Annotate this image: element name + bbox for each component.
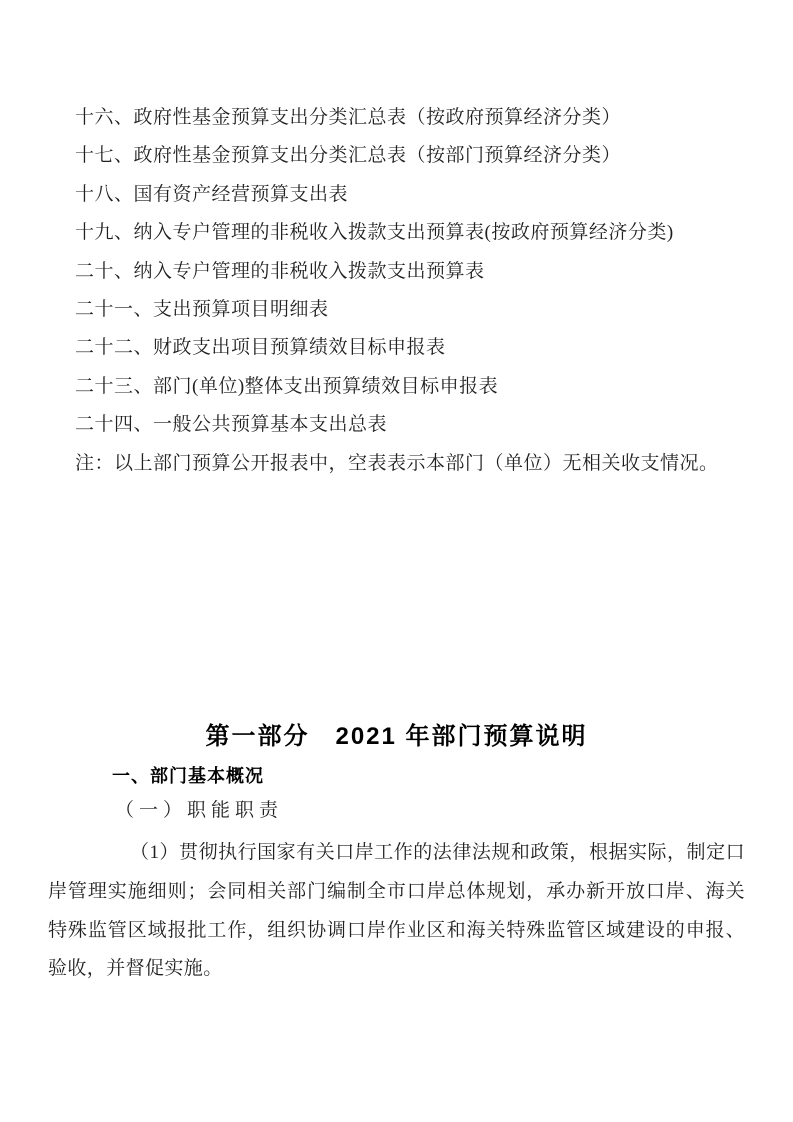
toc-item: 十六、政府性基金预算支出分类汇总表（按政府预算经济分类） — [75, 99, 753, 137]
toc-list: 十六、政府性基金预算支出分类汇总表（按政府预算经济分类） 十七、政府性基金预算支… — [75, 99, 753, 483]
toc-item: 二十四、一般公共预算基本支出总表 — [75, 406, 753, 444]
subsection-heading-duties: （一）职能职责 — [115, 800, 283, 822]
document-page: 十六、政府性基金预算支出分类汇总表（按政府预算经济分类） 十七、政府性基金预算支… — [0, 0, 793, 1122]
toc-item: 十七、政府性基金预算支出分类汇总表（按部门预算经济分类） — [75, 137, 753, 175]
section-heading-basic-overview: 一、部门基本概况 — [112, 766, 264, 786]
part-title: 第一部分2021 年部门预算说明 — [0, 722, 793, 752]
toc-note: 注：以上部门预算公开报表中，空表表示本部门（单位）无相关收支情况。 — [75, 445, 753, 483]
toc-item: 十八、国有资产经营预算支出表 — [75, 176, 753, 214]
duties-paragraph: （1）贯彻执行国家有关口岸工作的法律法规和政策，根据实际，制定口岸管理实施细则；… — [48, 834, 745, 989]
toc-item: 二十二、财政支出项目预算绩效目标申报表 — [75, 329, 753, 367]
toc-item: 二十、纳入专户管理的非税收入拨款支出预算表 — [75, 253, 753, 291]
toc-item: 十九、纳入专户管理的非税收入拨款支出预算表(按政府预算经济分类) — [75, 214, 753, 252]
toc-item: 二十三、部门(单位)整体支出预算绩效目标申报表 — [75, 368, 753, 406]
part-title-label: 第一部分 — [205, 723, 309, 750]
part-title-text: 2021 年部门预算说明 — [335, 723, 587, 750]
toc-item: 二十一、支出预算项目明细表 — [75, 291, 753, 329]
